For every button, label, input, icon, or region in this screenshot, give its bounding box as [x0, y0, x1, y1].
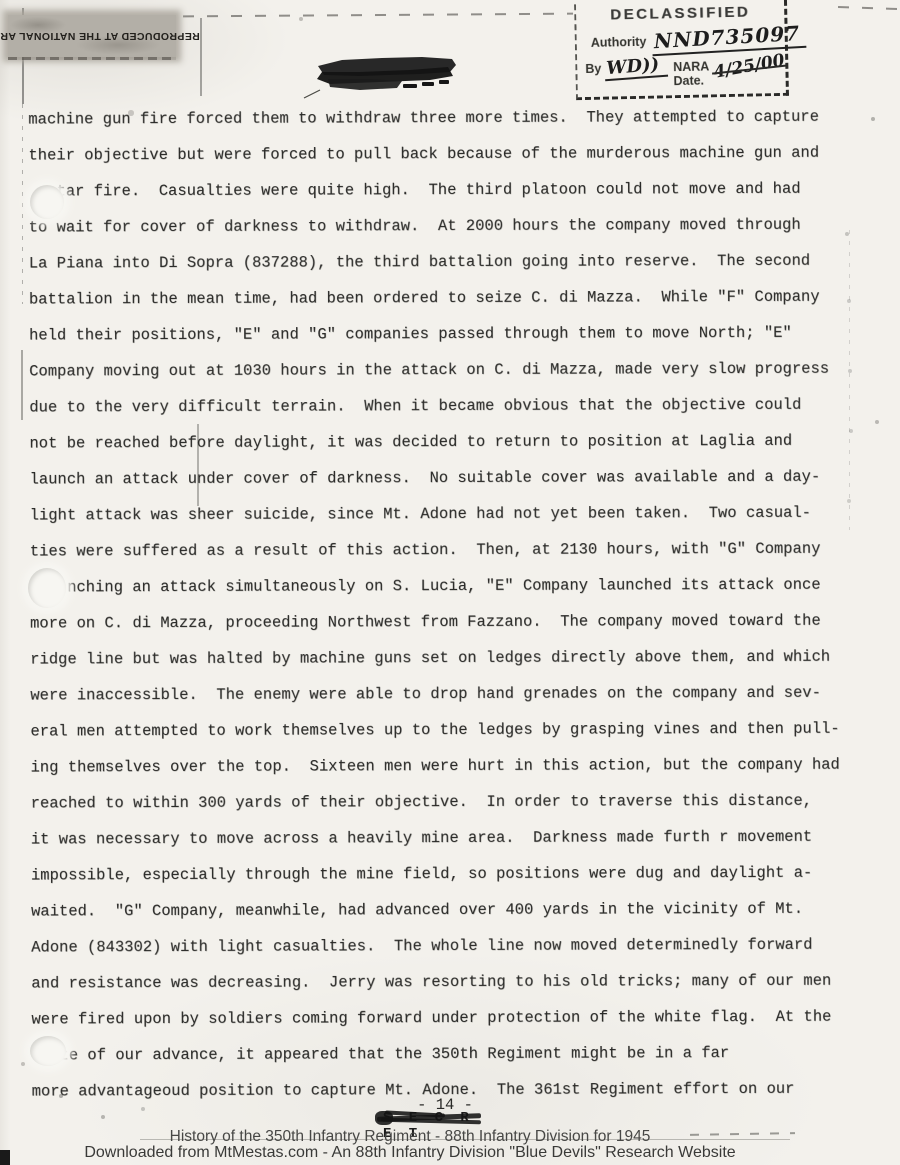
redaction-scribble: [300, 50, 475, 102]
center-crease-top: [200, 18, 202, 96]
typewritten-line: due to the very difficult terrain. When …: [29, 387, 885, 426]
by-label: By: [585, 62, 601, 76]
typewritten-line: waited. "G" Company, meanwhile, had adva…: [31, 891, 887, 930]
typewritten-line: not be reached before daylight, it was d…: [29, 423, 885, 462]
authority-label: Authority: [591, 35, 647, 50]
typewritten-line: ridge line but was halted by machine gun…: [30, 639, 886, 678]
typewritten-line: ties were suffered as a result of this a…: [30, 531, 886, 570]
typewritten-line: ortar fire. Casualties were quite high. …: [28, 171, 884, 210]
archive-stamp-text: REPRODUCED AT THE NATIONAL ARCH: [0, 30, 200, 42]
declassified-title: DECLASSIFIED: [576, 3, 784, 24]
typewritten-line: battalion in the mean time, had been ord…: [29, 279, 885, 318]
by-handwritten-initials: WD)): [604, 54, 668, 82]
nara-date-row: By WD)) NARA Date. 4/25/00: [577, 53, 786, 90]
typewritten-line: La Piana into Di Sopra (837288), the thi…: [29, 243, 885, 282]
typewritten-line: light attack was sheer suicide, since Mt…: [30, 495, 886, 534]
typewritten-body: machine gun fire forced them to withdraw…: [28, 99, 888, 1110]
left-crease-lower: [21, 350, 23, 420]
date-handwritten-value: 4/25/00: [713, 50, 787, 82]
typewritten-line: to wait for cover of darkness to withdra…: [29, 207, 885, 246]
typewritten-line: held their positions, "E" and "G" compan…: [29, 315, 885, 354]
typewritten-line: reached to within 300 yards of their obj…: [31, 783, 887, 822]
typewritten-line: and resistance was decreasing. Jerry was…: [31, 963, 887, 1002]
reproduced-at-national-archives-stamp: REPRODUCED AT THE NATIONAL ARCH: [8, 15, 176, 57]
typewritten-line: eral men attempted to work themselves up…: [30, 711, 886, 750]
typewritten-line: impossible, especially through the mine …: [31, 855, 887, 894]
bottom-left-corner-mark: [0, 1150, 10, 1165]
top-right-corner-dashes: [838, 6, 898, 10]
typewritten-line: were inaccessible. The enemy were able t…: [30, 675, 886, 714]
scan-speckles: [0, 0, 2, 2]
typewritten-line: were fired upon by soldiers coming forwa…: [31, 999, 887, 1038]
scan-hole-artifact: [30, 1036, 66, 1066]
typewritten-line: rate of our advance, it appeared that th…: [32, 1035, 888, 1074]
typewritten-line: Company moving out at 1030 hours in the …: [29, 351, 885, 390]
typewritten-line: their objective but were forced to pull …: [28, 135, 884, 174]
left-crease-dotted: [22, 104, 23, 304]
typewritten-line: nching an attack simultaneously on S. Lu…: [30, 567, 886, 606]
authority-row: Authority NND735097: [577, 24, 786, 55]
struck-out-secret-stamp: S E C R E T: [383, 1110, 493, 1130]
nara-date-label: NARA Date.: [673, 59, 711, 88]
scan-hole-artifact: [30, 185, 64, 219]
archive-stamp-smudge-line: [8, 57, 176, 60]
typewritten-line: it was necessary to move across a heavil…: [31, 819, 887, 858]
typewritten-line: machine gun fire forced them to withdraw…: [28, 99, 884, 138]
footer-credit-line: Downloaded from MtMestas.com - An 88th I…: [0, 1144, 820, 1162]
typewritten-line: more on C. di Mazza, proceeding Northwes…: [30, 603, 886, 642]
scanned-document-page: REPRODUCED AT THE NATIONAL ARCH DECLASSI…: [0, 0, 900, 1165]
top-dashed-line: [183, 13, 573, 18]
typewritten-line: launch an attack under cover of darkness…: [29, 459, 885, 498]
declassified-stamp: DECLASSIFIED Authority NND735097 By WD))…: [574, 0, 789, 100]
scan-hole-artifact: [28, 568, 66, 608]
typewritten-line: ing themselves over the top. Sixteen men…: [31, 747, 887, 786]
typewritten-line: Adone (843302) with light casualties. Th…: [31, 927, 887, 966]
